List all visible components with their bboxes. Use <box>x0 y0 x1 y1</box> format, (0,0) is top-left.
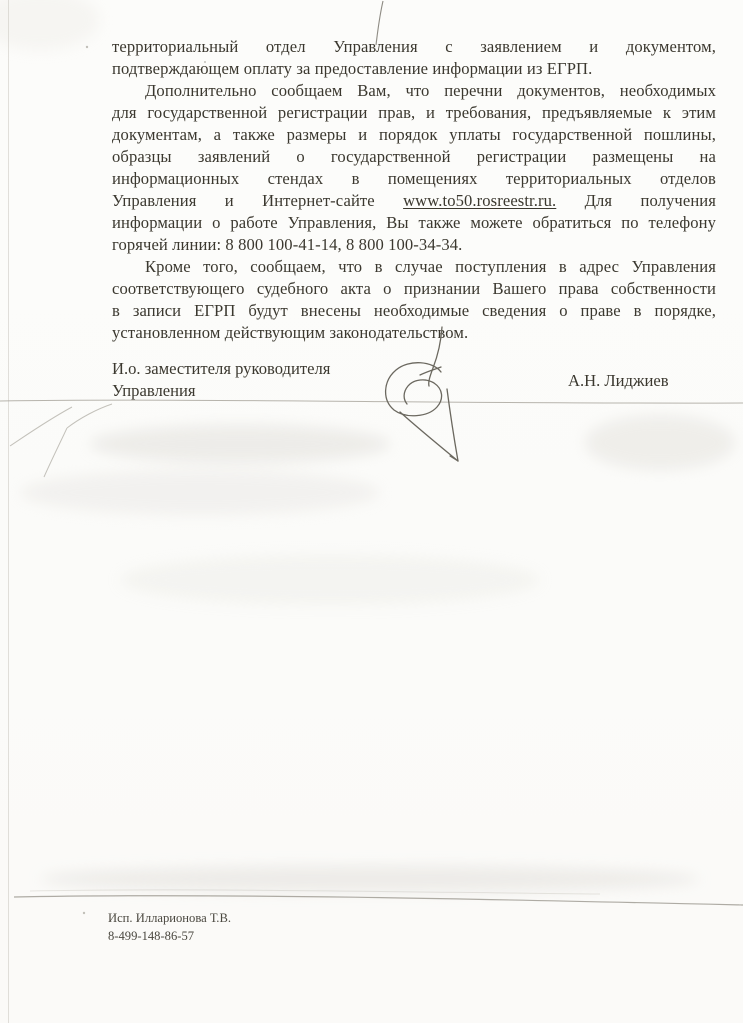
fold-crease-lower <box>14 896 743 905</box>
body-line: образцы заявлений о государственной реги… <box>112 146 716 168</box>
signer-title-line-2: Управления <box>112 380 330 402</box>
paper-smudge <box>20 470 380 515</box>
signature-scribble <box>386 327 458 461</box>
paragraph-1: территориальный отдел Управления с заявл… <box>112 36 716 80</box>
website-link: www.to50.rosreestr.ru. <box>403 191 556 210</box>
fold-crease-lower-echo <box>30 890 600 894</box>
body-line: подтверждающем оплату за предоставление … <box>112 58 716 80</box>
scan-page: территориальный отдел Управления с заявл… <box>0 0 743 1023</box>
paper-smudge <box>120 555 540 605</box>
paper-smudge <box>0 0 100 50</box>
paragraph-3: Кроме того, сообщаем, что в случае посту… <box>112 256 716 344</box>
body-line: документам, а также размеры и порядок уп… <box>112 124 716 146</box>
body-line: Кроме того, сообщаем, что в случае посту… <box>112 256 716 278</box>
body-line: установленном действующим законодательст… <box>112 322 716 344</box>
hotline-phones-line: горячей линии: 8 800 100-41-14, 8 800 10… <box>112 234 716 256</box>
footer-executor: Исп. Илларионова Т.В. <box>108 909 231 927</box>
body-line: территориальный отдел Управления с заявл… <box>112 36 716 58</box>
body-line-with-link: Управления и Интернет-сайте www.to50.ros… <box>112 190 716 212</box>
paragraph-2: Дополнительно сообщаем Вам, что перечни … <box>112 80 716 256</box>
body-line: для государственной регистрации прав, и … <box>112 102 716 124</box>
footer-executor-block: Исп. Илларионова Т.В. 8-499-148-86-57 <box>108 909 231 945</box>
body-line: соответствующего судебного акта о призна… <box>112 278 716 300</box>
paper-smudge <box>585 415 735 470</box>
wrinkle-lines <box>10 404 112 477</box>
letter-body: территориальный отдел Управления с заявл… <box>112 36 716 344</box>
footer-phone: 8-499-148-86-57 <box>108 927 231 945</box>
paper-smudge <box>90 425 390 463</box>
body-line: в записи ЕГРП будут внесены необходимые … <box>112 300 716 322</box>
paper-smudge <box>40 866 700 892</box>
signer-title-line-1: И.о. заместителя руководителя <box>112 358 330 380</box>
body-line: Дополнительно сообщаем Вам, что перечни … <box>112 80 716 102</box>
body-line: информационных стендах в помещениях терр… <box>112 168 716 190</box>
body-line-text: Для получения <box>585 191 716 210</box>
body-line: информации о работе Управления, Вы также… <box>112 212 716 234</box>
body-line-text: Управления и Интернет-сайте <box>112 191 375 210</box>
signature-block: И.о. заместителя руководителя Управления <box>112 358 330 401</box>
signer-name: А.Н. Лиджиев <box>568 371 669 391</box>
